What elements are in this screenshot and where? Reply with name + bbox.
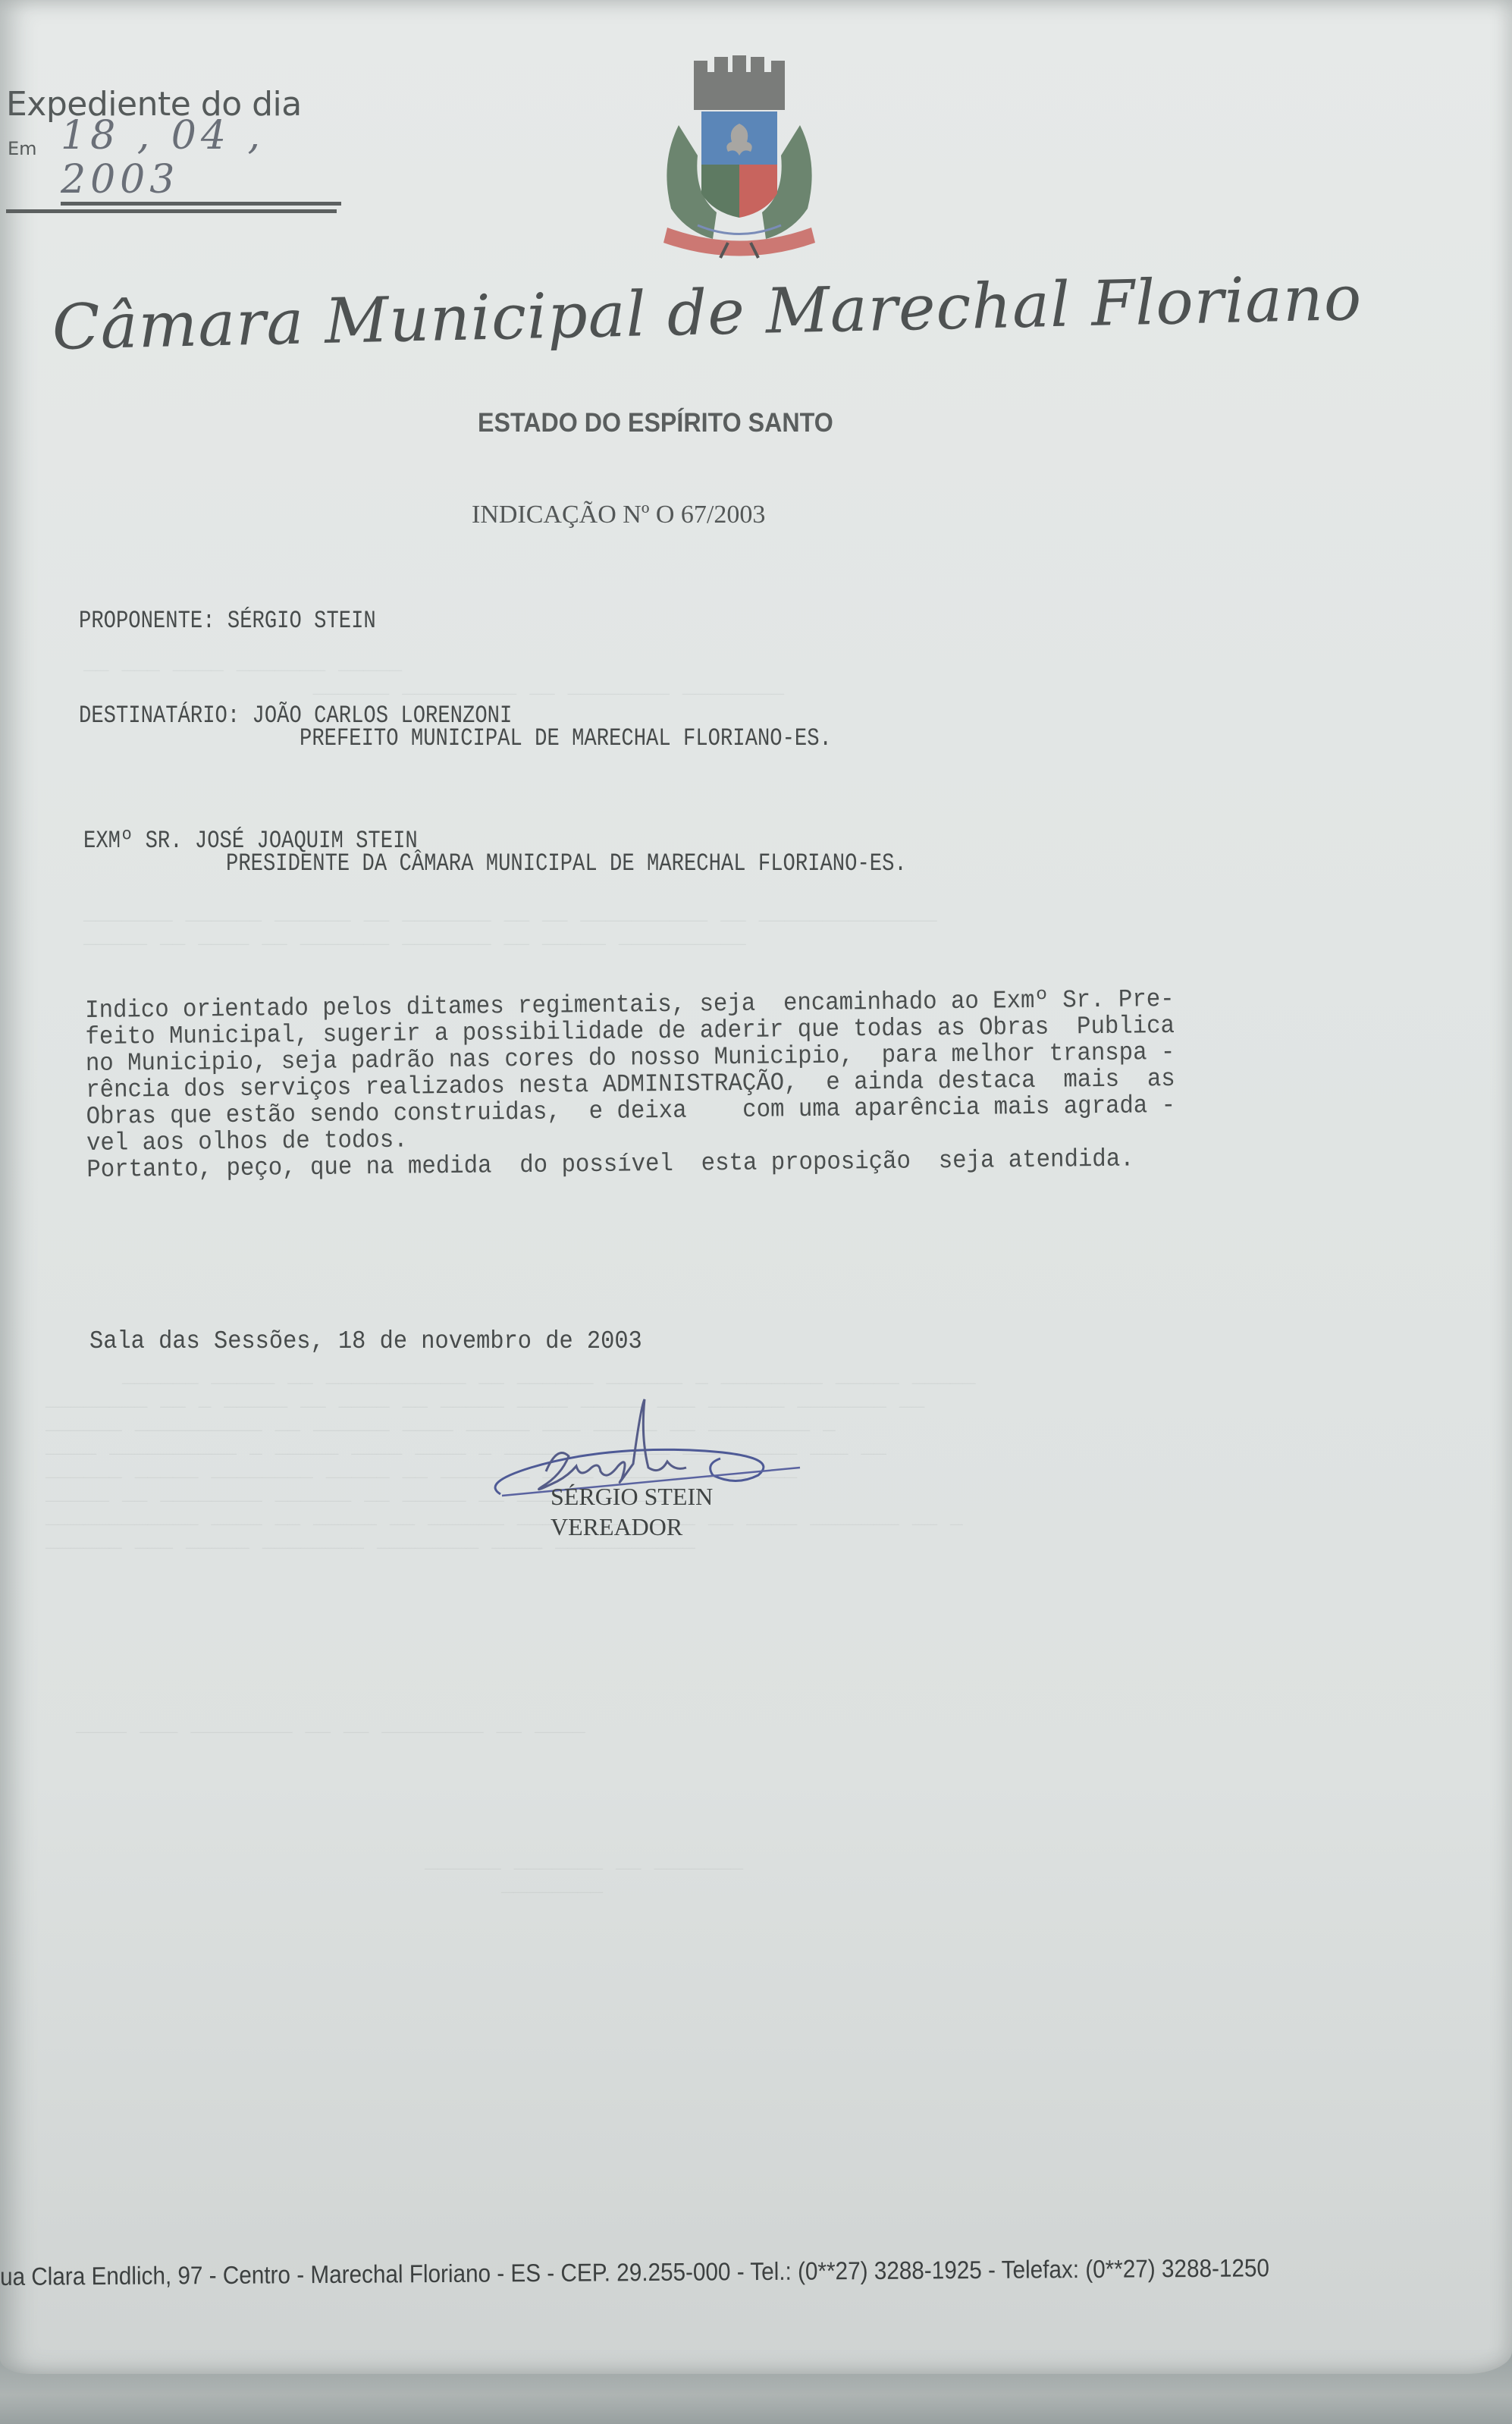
signer-role: VEREADOR <box>551 1513 682 1541</box>
stamp-em-label: Em <box>8 138 37 159</box>
destinatario-label: DESTINATÁRIO: <box>79 702 240 730</box>
document-number: INDICAÇÃO Nº O 67/2003 <box>472 501 765 529</box>
stamp-handwritten-date: 18 , 04 , 2003 <box>61 114 341 206</box>
bleed-through-text: ______ _______ __ _______ ________ <box>425 1851 743 1898</box>
bleed-through-text: __ ___ ____ _______ _____ ______ _______… <box>83 652 784 699</box>
proponente-row: PROPONENTE: SÉRGIO STEIN <box>79 607 376 635</box>
institution-title: Câmara Municipal de Marechal Floriano <box>52 262 1363 364</box>
footer-address: ua Clara Endlich, 97 - Centro - Marechal… <box>0 2253 1361 2291</box>
bleed-through-text: _______ ______ ______ __ _______ __ __ _… <box>83 903 937 950</box>
destinatario-title: PREFEITO MUNICIPAL DE MARECHAL FLORIANO-… <box>300 724 832 752</box>
body-paragraph: Indico orientado pelos ditames regimenta… <box>85 984 1360 1183</box>
addressee-title: PRESIDENTE DA CÂMARA MUNICIPAL DE MARECH… <box>226 849 907 878</box>
bleed-through-text: ____ ___ ________ __ __ ________ __ ____ <box>76 1714 585 1738</box>
document-page: __ ___ ____ _______ _____ ______ _______… <box>0 0 1512 2374</box>
proponente-name: SÉRGIO STEIN <box>227 607 376 635</box>
proponente-label: PROPONENTE: <box>79 607 215 635</box>
signer-name: SÉRGIO STEIN <box>551 1483 713 1511</box>
state-subtitle: ESTADO DO ESPÍRITO SANTO <box>478 408 833 438</box>
session-date-line: Sala das Sessões, 18 de novembro de 2003 <box>89 1327 642 1355</box>
coat-of-arms-icon <box>652 49 827 262</box>
stamp-signature-line <box>6 209 337 213</box>
